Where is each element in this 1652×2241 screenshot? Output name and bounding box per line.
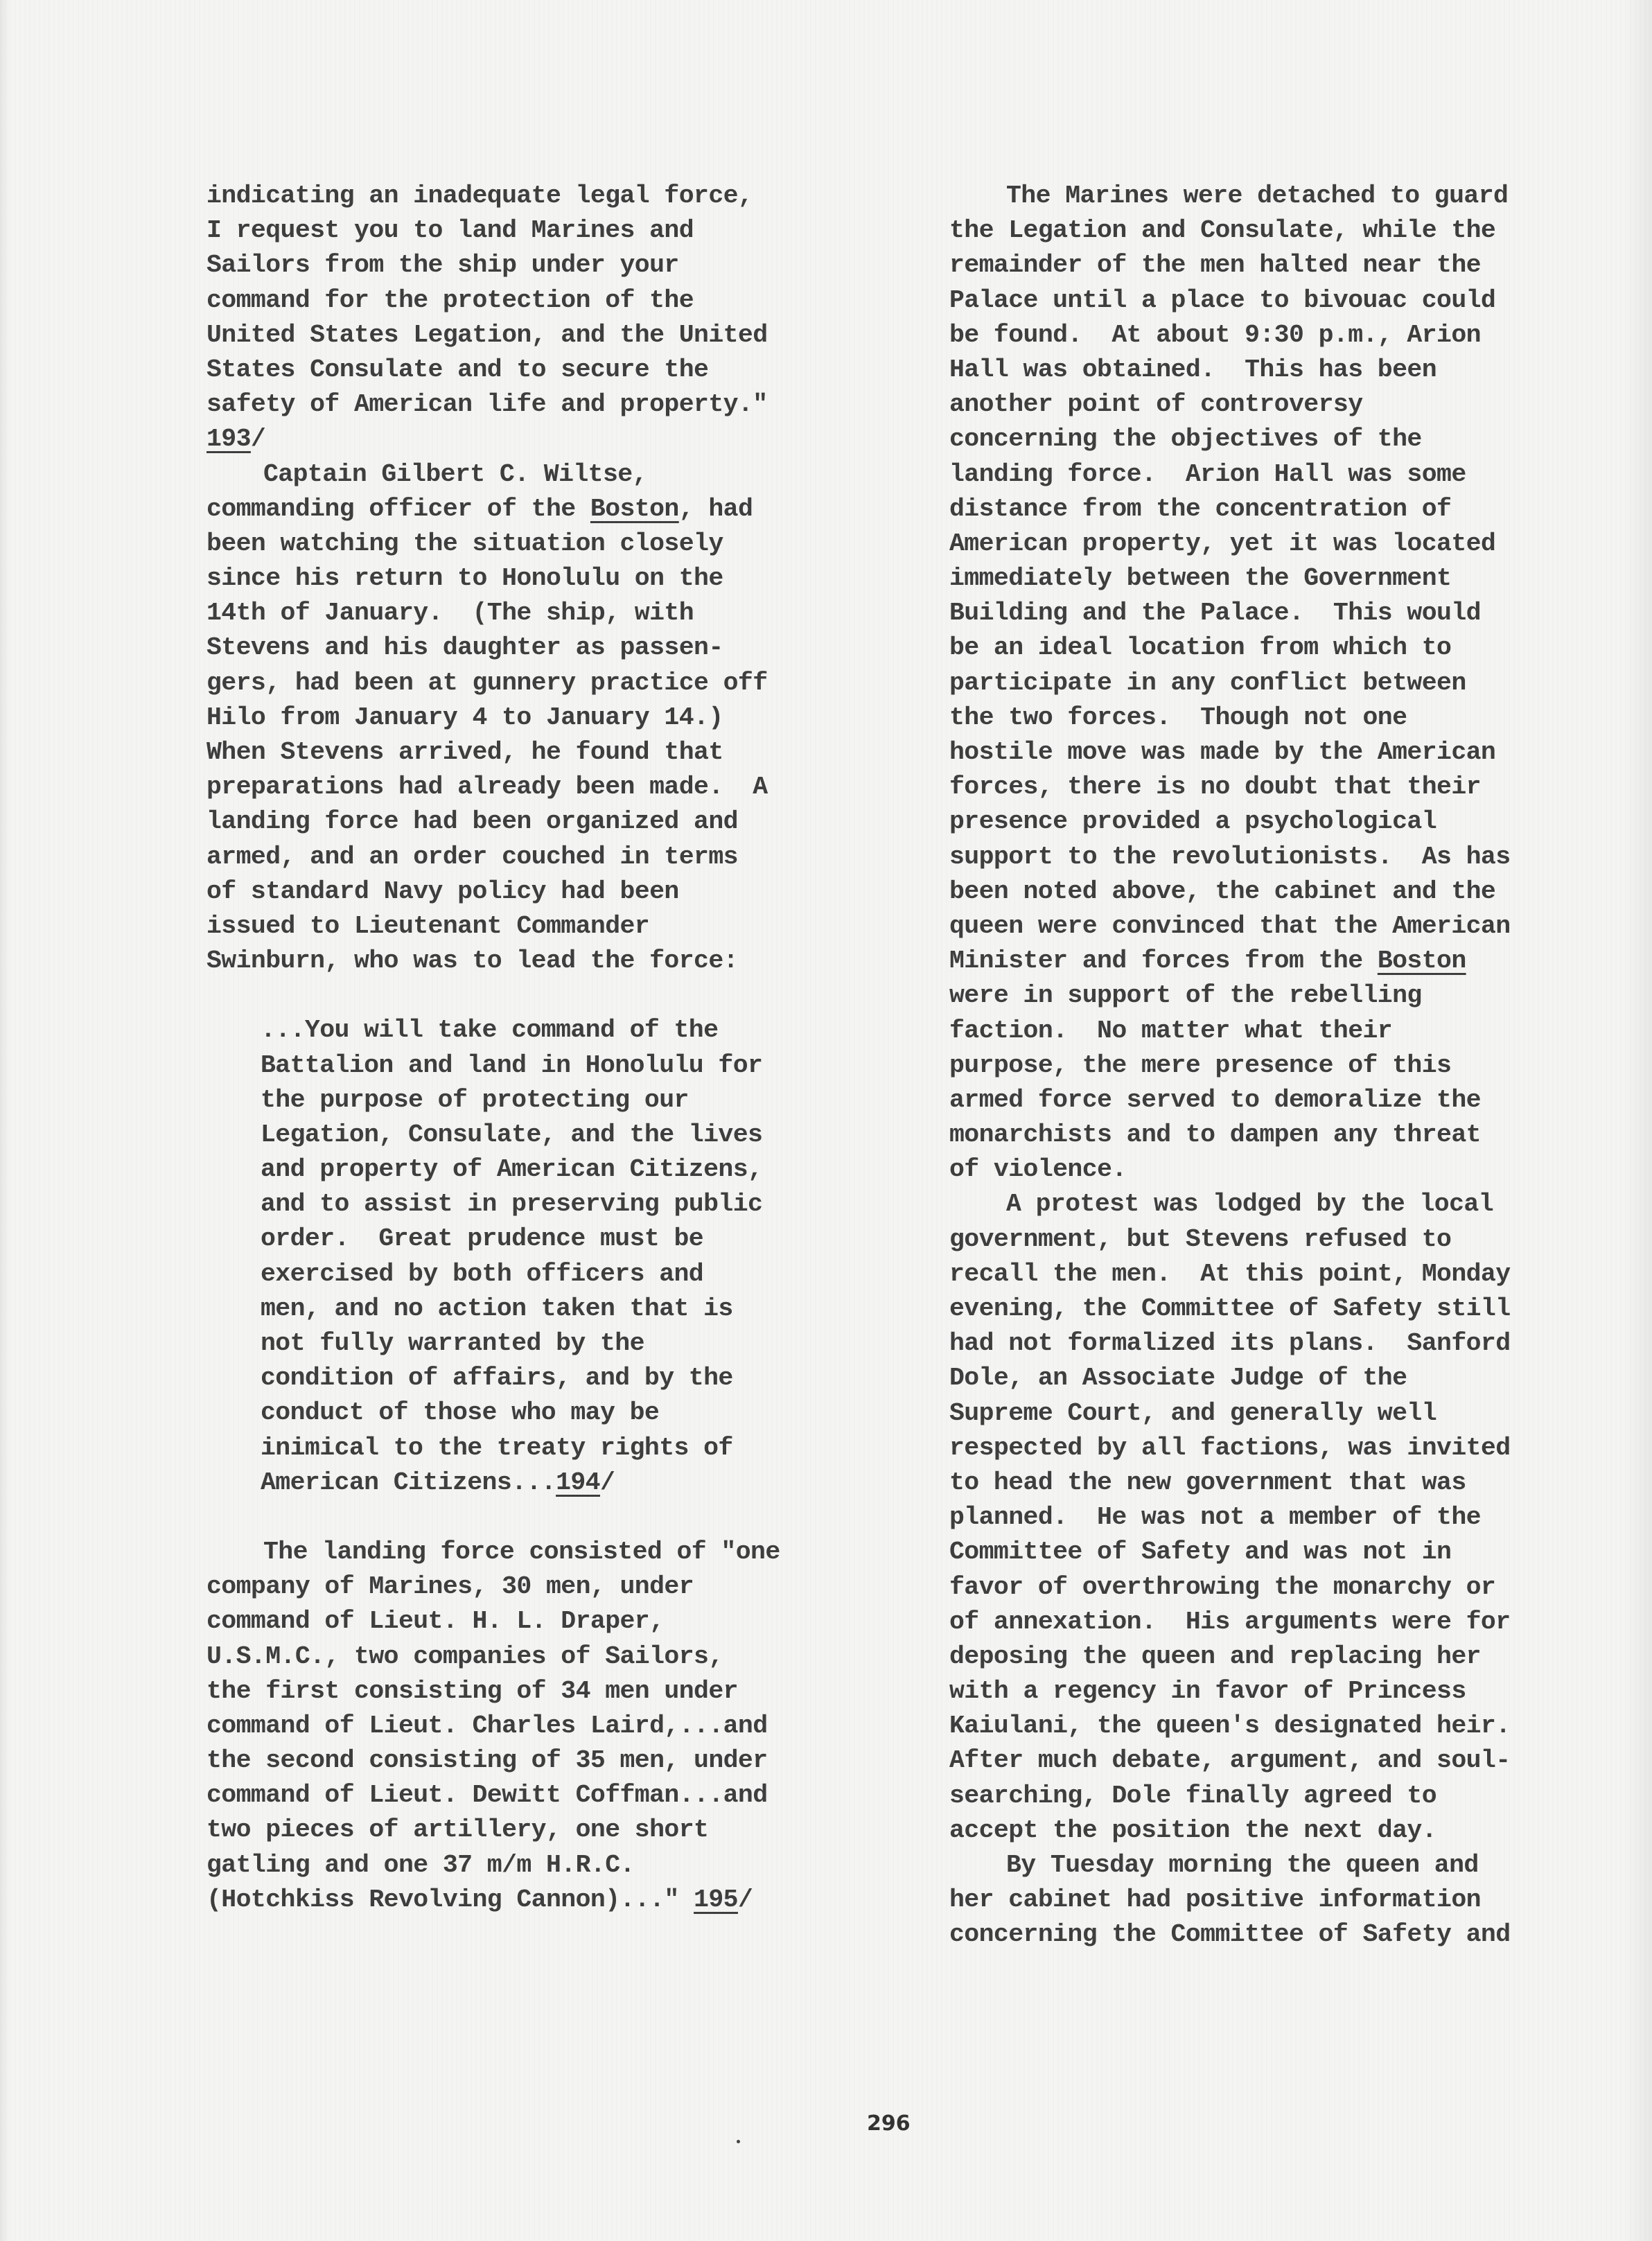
text-line: The landing force consisted of "one: [206, 1535, 886, 1570]
line-text: be found. At about 9:30 p.m., Arion: [949, 321, 1481, 349]
ship-name-underlined: Boston: [1378, 947, 1466, 975]
text-line: (Hotchkiss Revolving Cannon)..." 195/: [206, 1883, 886, 1917]
line-text: distance from the concentration of: [949, 495, 1451, 523]
line-text: gatling and one 37 m/m H.R.C.: [206, 1851, 635, 1879]
text-line: another point of controversy: [949, 387, 1628, 422]
text-line: safety of American life and property.": [206, 387, 886, 422]
text-line: presence provided a psychological: [949, 805, 1628, 839]
line-text: were in support of the rebelling: [949, 981, 1422, 1010]
line-text: immediately between the Government: [949, 564, 1451, 592]
line-text: with a regency in favor of Princess: [949, 1677, 1466, 1705]
text-line: Swinburn, who was to lead the force:: [206, 944, 886, 978]
text-line: Building and the Palace. This would: [949, 596, 1628, 631]
line-text: After much debate, argument, and soul-: [949, 1746, 1511, 1775]
footnote-slash: /: [738, 1886, 753, 1914]
block-quote-line: not fully warranted by the: [206, 1326, 886, 1361]
line-text: been watching the situation closely: [206, 529, 723, 558]
text-line: of annexation. His arguments were for: [949, 1605, 1628, 1640]
text-line: to head the new government that was: [949, 1466, 1628, 1500]
line-text: not fully warranted by the: [261, 1329, 644, 1357]
line-text: Captain Gilbert C. Wiltse,: [263, 460, 647, 489]
line-text: the purpose of protecting our: [261, 1086, 689, 1114]
text-line: government, but Stevens refused to: [949, 1222, 1628, 1257]
text-line: 193/: [206, 422, 886, 457]
line-text: presence provided a psychological: [949, 807, 1436, 836]
line-text: exercised by both officers and: [261, 1260, 703, 1288]
text-line: purpose, the mere presence of this: [949, 1048, 1628, 1083]
line-text: evening, the Committee of Safety still: [949, 1294, 1511, 1323]
text-line: Hilo from January 4 to January 14.): [206, 701, 886, 735]
text-line: support to the revolutionists. As has: [949, 840, 1628, 875]
block-quote-line: and to assist in preserving public: [206, 1187, 886, 1222]
line-text: The Marines were detached to guard: [1006, 182, 1508, 210]
text-line: be an ideal location from which to: [949, 631, 1628, 665]
text-line: forces, there is no doubt that their: [949, 770, 1628, 805]
line-text: monarchists and to dampen any threat: [949, 1120, 1481, 1149]
line-text: landing force. Arion Hall was some: [949, 460, 1466, 489]
text-line: concerning the Committee of Safety and: [949, 1917, 1628, 1952]
text-line: participate in any conflict between: [949, 666, 1628, 701]
right-text-column: The Marines were detached to guardthe Le…: [949, 179, 1628, 1953]
block-quote-line: inimical to the treaty rights of: [206, 1431, 886, 1466]
line-text: recall the men. At this point, Monday: [949, 1260, 1511, 1288]
line-text: States Consulate and to secure the: [206, 355, 708, 384]
text-line: with a regency in favor of Princess: [949, 1674, 1628, 1709]
line-text: Minister and forces from the: [949, 947, 1378, 975]
text-line: By Tuesday morning the queen and: [949, 1848, 1628, 1883]
text-line: the first consisting of 34 men under: [206, 1674, 886, 1709]
line-text: be an ideal location from which to: [949, 633, 1451, 662]
text-line: had not formalized its plans. Sanford: [949, 1326, 1628, 1361]
line-text: Sailors from the ship under your: [206, 251, 679, 279]
line-text: support to the revolutionists. As has: [949, 843, 1511, 871]
line-text: Legation, Consulate, and the lives: [261, 1120, 762, 1149]
paragraph-gap: [206, 1500, 886, 1535]
text-line: monarchists and to dampen any threat: [949, 1118, 1628, 1152]
text-line: indicating an inadequate legal force,: [206, 179, 886, 213]
text-line: Hall was obtained. This has been: [949, 353, 1628, 387]
page-number: 296: [867, 2111, 911, 2136]
footnote-reference: 193: [206, 425, 251, 453]
line-text: Kaiulani, the queen's designated heir.: [949, 1712, 1511, 1740]
block-quote-line: American Citizens...194/: [206, 1466, 886, 1500]
line-text: respected by all factions, was invited: [949, 1434, 1511, 1462]
block-quote-line: Legation, Consulate, and the lives: [206, 1118, 886, 1152]
line-text: men, and no action taken that is: [261, 1294, 733, 1323]
text-line: respected by all factions, was invited: [949, 1431, 1628, 1466]
line-text: hostile move was made by the American: [949, 738, 1495, 766]
text-line: Kaiulani, the queen's designated heir.: [949, 1709, 1628, 1743]
line-text: purpose, the mere presence of this: [949, 1051, 1451, 1080]
text-line: planned. He was not a member of the: [949, 1500, 1628, 1535]
block-quote-line: and property of American Citizens,: [206, 1152, 886, 1187]
left-text-column: indicating an inadequate legal force,I r…: [206, 179, 886, 1917]
block-quote-line: exercised by both officers and: [206, 1257, 886, 1292]
line-text: safety of American life and property.": [206, 390, 768, 419]
text-line: 14th of January. (The ship, with: [206, 596, 886, 631]
line-text: Building and the Palace. This would: [949, 599, 1481, 627]
line-text: Hilo from January 4 to January 14.): [206, 703, 723, 732]
text-line: States Consulate and to secure the: [206, 353, 886, 387]
line-text: ...You will take command of the: [261, 1016, 718, 1044]
line-text: accept the position the next day.: [949, 1816, 1436, 1845]
line-text: two pieces of artillery, one short: [206, 1816, 708, 1844]
text-line: deposing the queen and replacing her: [949, 1640, 1628, 1674]
line-text: participate in any conflict between: [949, 669, 1466, 697]
text-line: hostile move was made by the American: [949, 735, 1628, 770]
text-line: since his return to Honolulu on the: [206, 561, 886, 596]
line-text: the first consisting of 34 men under: [206, 1677, 738, 1705]
line-text: By Tuesday morning the queen and: [1006, 1851, 1479, 1879]
text-line: U.S.M.C., two companies of Sailors,: [206, 1640, 886, 1674]
line-text: armed force served to demoralize the: [949, 1086, 1481, 1114]
line-text: Hall was obtained. This has been: [949, 355, 1436, 384]
line-text: I request you to land Marines and: [206, 216, 694, 245]
text-line: American property, yet it was located: [949, 527, 1628, 561]
text-line: When Stevens arrived, he found that: [206, 735, 886, 770]
line-text: deposing the queen and replacing her: [949, 1642, 1481, 1671]
block-quote-line: condition of affairs, and by the: [206, 1361, 886, 1396]
text-line: armed, and an order couched in terms: [206, 840, 886, 875]
text-line: the Legation and Consulate, while the: [949, 213, 1628, 248]
line-text: forces, there is no doubt that their: [949, 773, 1481, 801]
text-line: I request you to land Marines and: [206, 213, 886, 248]
block-quote-line: order. Great prudence must be: [206, 1222, 886, 1256]
line-text: of standard Navy policy had been: [206, 877, 679, 906]
text-line: of violence.: [949, 1152, 1628, 1187]
text-line: evening, the Committee of Safety still: [949, 1292, 1628, 1326]
line-text: 14th of January. (The ship, with: [206, 599, 694, 627]
text-line: Supreme Court, and generally well: [949, 1396, 1628, 1431]
text-line: accept the position the next day.: [949, 1813, 1628, 1848]
footnote-slash: /: [600, 1468, 615, 1497]
line-text: searching, Dole finally agreed to: [949, 1782, 1436, 1810]
footnote-reference: 195: [694, 1886, 738, 1914]
text-line: company of Marines, 30 men, under: [206, 1570, 886, 1604]
text-line: A protest was lodged by the local: [949, 1187, 1628, 1222]
text-line: United States Legation, and the United: [206, 318, 886, 353]
line-text: concerning the Committee of Safety and: [949, 1920, 1511, 1949]
text-line: command of Lieut. H. L. Draper,: [206, 1604, 886, 1639]
line-text: another point of controversy: [949, 390, 1363, 419]
text-line: landing force had been organized and: [206, 805, 886, 839]
text-line: the second consisting of 35 men, under: [206, 1743, 886, 1778]
footnote-reference: 194: [556, 1468, 600, 1497]
text-line: command for the protection of the: [206, 283, 886, 318]
line-text: command of Lieut. H. L. Draper,: [206, 1607, 664, 1635]
text-line: gers, had been at gunnery practice off: [206, 666, 886, 701]
line-text: (Hotchkiss Revolving Cannon)...": [206, 1886, 694, 1914]
line-text: Supreme Court, and generally well: [949, 1399, 1436, 1427]
line-text: since his return to Honolulu on the: [206, 564, 723, 592]
line-text: gers, had been at gunnery practice off: [206, 669, 768, 697]
text-line: faction. No matter what their: [949, 1014, 1628, 1048]
line-text: and to assist in preserving public: [261, 1190, 762, 1218]
line-text: inimical to the treaty rights of: [261, 1434, 733, 1462]
text-line: gatling and one 37 m/m H.R.C.: [206, 1848, 886, 1883]
text-line: Committee of Safety and was not in: [949, 1535, 1628, 1570]
line-text: landing force had been organized and: [206, 807, 738, 836]
text-line: immediately between the Government: [949, 561, 1628, 596]
line-text: issued to Lieutenant Commander: [206, 912, 649, 940]
text-line: be found. At about 9:30 p.m., Arion: [949, 318, 1628, 353]
line-text: been noted above, the cabinet and the: [949, 877, 1495, 906]
paragraph-gap: [206, 978, 886, 1013]
line-text: Committee of Safety and was not in: [949, 1538, 1451, 1566]
line-text: conduct of those who may be: [261, 1398, 659, 1427]
line-text: favor of overthrowing the monarchy or: [949, 1573, 1495, 1601]
text-line: were in support of the rebelling: [949, 978, 1628, 1013]
line-text: planned. He was not a member of the: [949, 1503, 1481, 1531]
text-line: queen were convinced that the American: [949, 909, 1628, 944]
line-text: order. Great prudence must be: [261, 1224, 703, 1253]
line-text: The landing force consisted of "one: [263, 1538, 780, 1566]
text-line: command of Lieut. Charles Laird,...and: [206, 1709, 886, 1743]
line-text: Swinburn, who was to lead the force:: [206, 947, 738, 975]
block-quote-line: ...You will take command of the: [206, 1013, 886, 1048]
line-text: government, but Stevens refused to: [949, 1225, 1451, 1254]
line-text: queen were convinced that the American: [949, 912, 1511, 940]
text-line: been watching the situation closely: [206, 527, 886, 561]
block-quote-line: Battalion and land in Honolulu for: [206, 1048, 886, 1083]
text-line: two pieces of artillery, one short: [206, 1813, 886, 1847]
text-line: remainder of the men halted near the: [949, 248, 1628, 283]
line-text: the two forces. Though not one: [949, 703, 1407, 732]
ship-name-underlined: Boston: [590, 495, 679, 523]
text-line: recall the men. At this point, Monday: [949, 1257, 1628, 1292]
line-text: commanding officer of the: [206, 495, 590, 523]
text-line: Dole, an Associate Judge of the: [949, 1361, 1628, 1396]
line-text: company of Marines, 30 men, under: [206, 1572, 694, 1601]
line-text: Battalion and land in Honolulu for: [261, 1051, 762, 1080]
text-line: been noted above, the cabinet and the: [949, 875, 1628, 909]
text-line: Minister and forces from the Boston: [949, 944, 1628, 978]
line-text: condition of affairs, and by the: [261, 1364, 733, 1392]
line-text: American property, yet it was located: [949, 529, 1495, 558]
line-text: Dole, an Associate Judge of the: [949, 1364, 1407, 1392]
line-text: Stevens and his daughter as passen-: [206, 633, 723, 662]
line-text: concerning the objectives of the: [949, 425, 1422, 453]
text-line: armed force served to demoralize the: [949, 1083, 1628, 1118]
text-line: commanding officer of the Boston, had: [206, 492, 886, 527]
line-text: command of Lieut. Charles Laird,...and: [206, 1712, 768, 1740]
text-line: landing force. Arion Hall was some: [949, 457, 1628, 492]
line-text: the Legation and Consulate, while the: [949, 216, 1495, 245]
text-line: Sailors from the ship under your: [206, 248, 886, 283]
line-text: Palace until a place to bivouac could: [949, 286, 1495, 315]
text-line: her cabinet had positive information: [949, 1883, 1628, 1917]
text-line: searching, Dole finally agreed to: [949, 1779, 1628, 1813]
text-line: issued to Lieutenant Commander: [206, 909, 886, 944]
line-text: indicating an inadequate legal force,: [206, 182, 753, 210]
line-text-after: , had: [679, 495, 753, 523]
text-line: command of Lieut. Dewitt Coffman...and: [206, 1778, 886, 1813]
text-line: preparations had already been made. A: [206, 770, 886, 805]
line-text: command for the protection of the: [206, 286, 694, 315]
line-text: had not formalized its plans. Sanford: [949, 1329, 1511, 1357]
line-text: command of Lieut. Dewitt Coffman...and: [206, 1781, 768, 1809]
line-text: United States Legation, and the United: [206, 321, 768, 349]
text-line: After much debate, argument, and soul-: [949, 1743, 1628, 1778]
line-text: her cabinet had positive information: [949, 1886, 1481, 1914]
footnote-slash: /: [251, 425, 265, 453]
block-quote-line: men, and no action taken that is: [206, 1292, 886, 1326]
line-text: A protest was lodged by the local: [1006, 1190, 1493, 1218]
scan-speck: [737, 2140, 740, 2143]
line-text: to head the new government that was: [949, 1468, 1466, 1497]
text-line: The Marines were detached to guard: [949, 179, 1628, 213]
text-line: Palace until a place to bivouac could: [949, 283, 1628, 318]
line-text: of violence.: [949, 1155, 1127, 1184]
text-line: the two forces. Though not one: [949, 701, 1628, 735]
text-line: distance from the concentration of: [949, 492, 1628, 527]
text-line: Captain Gilbert C. Wiltse,: [206, 457, 886, 492]
line-text: of annexation. His arguments were for: [949, 1608, 1511, 1636]
text-line: of standard Navy policy had been: [206, 875, 886, 909]
line-text: American Citizens...: [261, 1468, 556, 1497]
line-text: faction. No matter what their: [949, 1017, 1392, 1045]
text-line: Stevens and his daughter as passen-: [206, 631, 886, 665]
line-text: When Stevens arrived, he found that: [206, 738, 723, 766]
line-text: and property of American Citizens,: [261, 1155, 762, 1184]
text-line: concerning the objectives of the: [949, 422, 1628, 457]
line-text: remainder of the men halted near the: [949, 251, 1481, 279]
line-text: preparations had already been made. A: [206, 773, 768, 801]
block-quote-line: the purpose of protecting our: [206, 1083, 886, 1118]
line-text: U.S.M.C., two companies of Sailors,: [206, 1642, 723, 1671]
line-text: the second consisting of 35 men, under: [206, 1746, 768, 1775]
block-quote-line: conduct of those who may be: [206, 1396, 886, 1430]
line-text: armed, and an order couched in terms: [206, 843, 738, 871]
text-line: favor of overthrowing the monarchy or: [949, 1570, 1628, 1605]
